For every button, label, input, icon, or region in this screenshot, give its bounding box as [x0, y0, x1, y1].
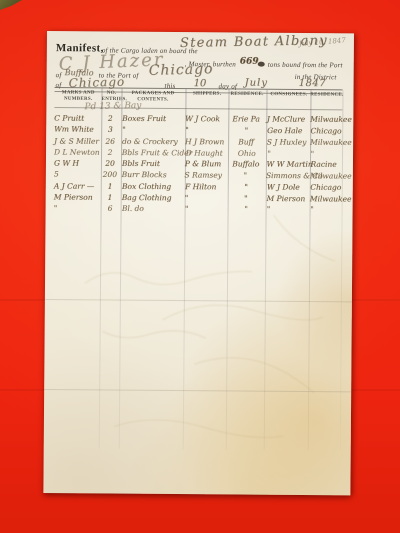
table-cell: P & Blum — [185, 158, 227, 169]
table-cell: Buffalo — [227, 159, 264, 170]
table-cell: Simmons & Co — [264, 170, 310, 181]
table-cell: " — [227, 204, 265, 215]
manifest-document: July 10, 1847 Manifest, of the Cargo lad… — [43, 31, 354, 495]
table-cell: Bag Clothing — [120, 192, 185, 203]
manifest-rows: C Pruitt2Boxes FruitW J CookErie PaJ McC… — [54, 113, 342, 216]
table-cell: Milwaukee — [310, 114, 342, 125]
column-header-residence: RESIDENCE. — [228, 90, 266, 107]
port-of-arrival: Chicago — [148, 61, 213, 79]
month-value: July — [245, 78, 268, 89]
table-cell: Bl. do — [120, 203, 185, 214]
table-cell: J & S Miller — [54, 135, 100, 146]
table-row: "6Bl. do"""" — [54, 203, 342, 216]
table-cell: " — [227, 193, 264, 204]
table-cell: Bbls Fruit & Cider — [120, 147, 186, 158]
table-cell: S J Huxley — [265, 136, 310, 147]
tonnage: 669 — [240, 57, 259, 67]
table-cell: M Pierson — [264, 193, 309, 204]
table-cell: 2 — [100, 113, 120, 124]
table-cell: Milwaukee — [310, 136, 342, 147]
table-cell: M Pierson — [54, 192, 100, 203]
column-header-residence-2: RESIDENCE. — [310, 91, 342, 108]
table-cell: " — [120, 124, 185, 135]
table-cell: do & Crockery — [120, 135, 185, 146]
table-cell: Box Clothing — [120, 181, 185, 192]
table-cell: Burr Blocks — [120, 169, 185, 180]
column-header-shippers: SHIPPERS. — [185, 90, 228, 107]
year-value: 1847 — [299, 78, 327, 89]
table-cell: " — [310, 204, 342, 215]
table-cell: 20 — [100, 158, 120, 169]
table-cell: Boxes Fruit — [120, 113, 185, 124]
table-cell: W J Dole — [265, 181, 310, 192]
table-cell: " — [185, 125, 227, 136]
table-cell: " — [265, 148, 310, 159]
table-cell: Chicago — [311, 126, 343, 137]
table-cell: 2 — [100, 147, 120, 158]
section-note: Pd 13 & Bay — [84, 101, 141, 113]
printed-tons-bound: tons bound from the Port — [268, 61, 343, 70]
table-cell: Milwaukee — [310, 193, 342, 204]
table-cell: H J Brown — [185, 136, 227, 147]
table-cell: F Hilton — [185, 181, 227, 192]
photo-of-manifest: July 10, 1847 Manifest, of the Cargo lad… — [0, 0, 400, 533]
column-header-consignees: CONSIGNEES. — [266, 91, 310, 108]
table-cell: W W Martin — [264, 159, 310, 170]
table-cell: Geo Hale — [265, 125, 310, 136]
table-cell: W J Cook — [185, 113, 227, 124]
table-cell: 3 — [100, 124, 120, 135]
table-cell: " — [227, 170, 264, 181]
table-row: D L Newton2Bbls Fruit & CiderD HaughtOhi… — [54, 146, 342, 159]
ink-blot — [258, 62, 265, 67]
table-cell: " — [54, 203, 100, 214]
table-cell: Ohio — [228, 148, 265, 159]
table-cell: " — [265, 204, 310, 215]
table-cell: Buff — [227, 136, 264, 147]
table-cell: 1 — [100, 192, 120, 203]
table-cell: C Pruitt — [54, 113, 100, 124]
table-cell: " — [311, 148, 342, 159]
table-cell: Bbls Fruit — [120, 158, 185, 169]
backdrop-corner-sliver — [0, 0, 22, 10]
table-cell: 26 — [100, 135, 120, 146]
table-cell: Erie Pa — [227, 113, 264, 124]
table-cell: " — [227, 181, 265, 192]
table-cell: A J Carr — — [54, 180, 100, 191]
table-cell: Milwaukee — [310, 171, 342, 182]
table-cell: 200 — [100, 169, 120, 180]
table-cell: G W H — [54, 158, 100, 169]
table-cell: " — [185, 204, 227, 215]
table-cell: 6 — [100, 203, 120, 214]
table-cell: " — [228, 125, 266, 136]
table-cell: J McClure — [265, 113, 310, 124]
printed-of-1: of — [56, 71, 62, 79]
table-cell: Racine — [310, 159, 342, 170]
table-cell: " — [185, 192, 227, 203]
table-cell: Chicago — [310, 181, 342, 192]
vessel-name: Steam Boat Albany — [180, 33, 328, 51]
table-cell: S Ramsey — [184, 170, 226, 181]
table-cell: D L Newton — [54, 146, 100, 157]
table-cell: 1 — [100, 181, 120, 192]
table-cell: 5 — [54, 169, 100, 180]
table-cell: D Haught — [186, 147, 228, 158]
table-cell: Wm White — [54, 124, 100, 135]
